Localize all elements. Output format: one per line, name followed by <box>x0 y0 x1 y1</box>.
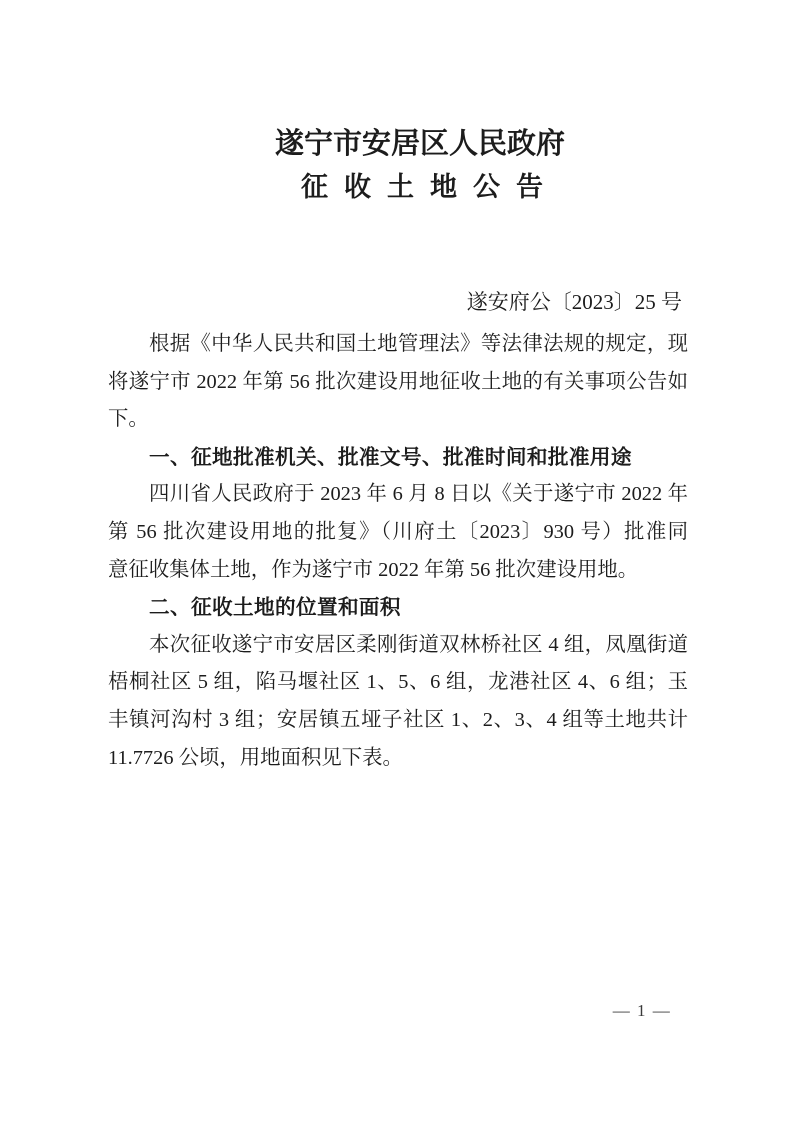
text-line: 丰镇河沟村 3 组；安居镇五垭子社区 1、2、3、4 组等土地共计 <box>108 702 688 740</box>
text-line: 将遂宁市 2022 年第 56 批次建设用地征收土地的有关事项公告如 <box>108 364 688 402</box>
text-line: 意征收集体土地，作为遂宁市 2022 年第 56 批次建设用地。 <box>108 552 688 590</box>
text-line: 梧桐社区 5 组，陷马堰社区 1、5、6 组，龙港社区 4、6 组；玉 <box>108 664 688 702</box>
section-heading: 二、征收土地的位置和面积 <box>108 589 688 627</box>
paragraph: 本次征收遂宁市安居区柔刚街道双林桥社区 4 组，凤凰街道梧桐社区 5 组，陷马堰… <box>108 627 688 777</box>
section-heading: 一、征地批准机关、批准文号、批准时间和批准用途 <box>108 439 688 477</box>
text-line: 下。 <box>108 401 688 439</box>
paragraph: 四川省人民政府于 2023 年 6 月 8 日以《关于遂宁市 2022 年第 5… <box>108 476 688 589</box>
text-line: 四川省人民政府于 2023 年 6 月 8 日以《关于遂宁市 2022 年 <box>108 476 688 514</box>
text-line: 二、征收土地的位置和面积 <box>108 589 688 627</box>
document-title-line2: 征收土地公告 <box>301 165 559 204</box>
text-line: 本次征收遂宁市安居区柔刚街道双林桥社区 4 组，凤凰街道 <box>108 627 688 665</box>
document-title-line1: 遂宁市安居区人民政府 <box>275 121 565 162</box>
text-line: 第 56 批次建设用地的批复》（川府土〔2023〕930 号）批准同 <box>108 514 688 552</box>
text-line: 根据《中华人民共和国土地管理法》等法律法规的规定，现 <box>108 326 688 364</box>
text-line: 11.7726 公顷，用地面积见下表。 <box>108 740 688 778</box>
document-body: 根据《中华人民共和国土地管理法》等法律法规的规定，现将遂宁市 2022 年第 5… <box>108 326 688 777</box>
page-number: — 1 — <box>592 1001 692 1021</box>
paragraph: 根据《中华人民共和国土地管理法》等法律法规的规定，现将遂宁市 2022 年第 5… <box>108 326 688 439</box>
text-line: 一、征地批准机关、批准文号、批准时间和批准用途 <box>108 439 688 477</box>
document-page: 遂宁市安居区人民政府 征收土地公告 遂安府公〔2023〕25 号 根据《中华人民… <box>0 0 793 1122</box>
doc-number: 遂安府公〔2023〕25 号 <box>108 286 682 316</box>
